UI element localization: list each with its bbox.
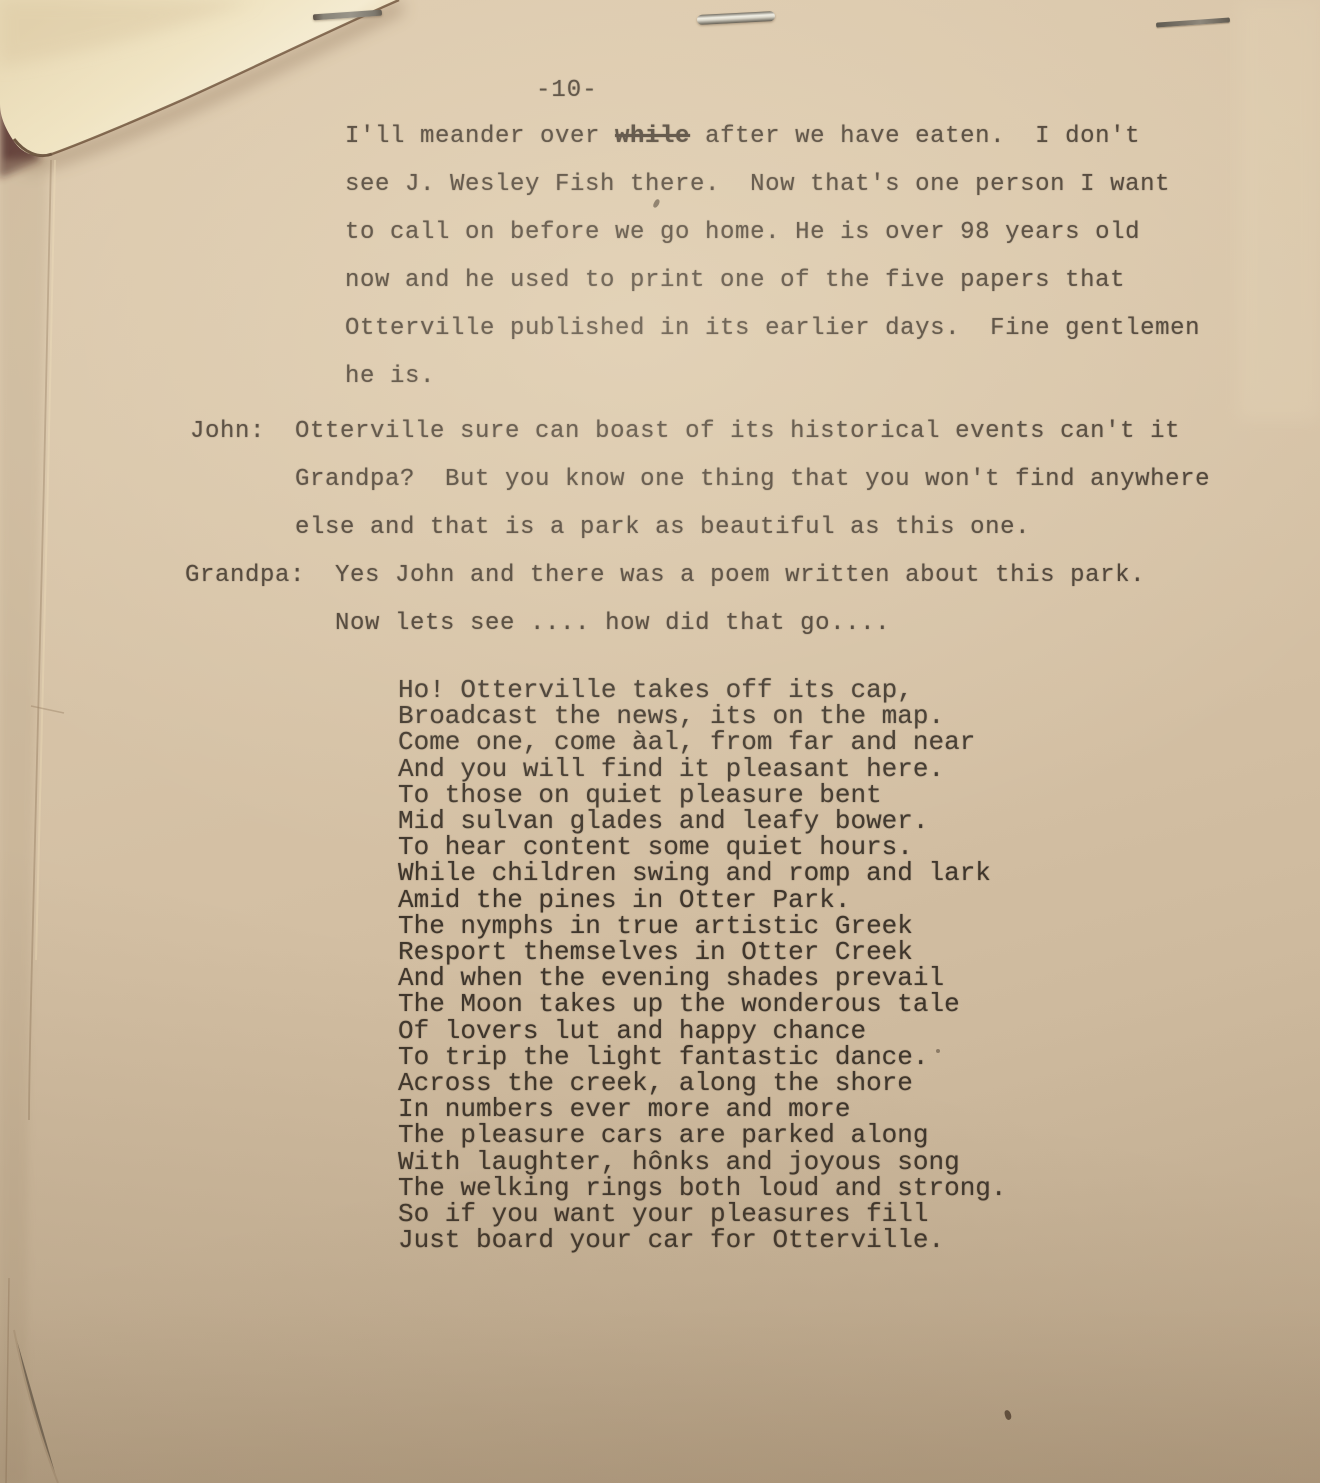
left-edge-strip	[0, 158, 48, 1483]
poem-line: With laughter, hônks and joyous song	[398, 1149, 1007, 1175]
poem-block: Ho! Otterville takes off its cap, Broadc…	[398, 677, 1007, 1253]
poem-line: Across the creek, along the shore	[398, 1070, 1007, 1096]
typed-line: now and he used to print one of the five…	[345, 257, 1200, 305]
typed-line: John: Otterville sure can boast of its h…	[190, 408, 1210, 456]
typed-line: he is.	[345, 353, 1200, 401]
typed-line: to call on before we go home. He is over…	[345, 209, 1200, 257]
typed-line: see J. Wesley Fish there. Now that's one…	[345, 161, 1200, 209]
dialogue-john-block: John: Otterville sure can boast of its h…	[190, 408, 1210, 552]
poem-line: To trip the light fantastic dance.	[398, 1044, 1007, 1070]
poem-line: The Moon takes up the wonderous tale	[398, 991, 1007, 1017]
poem-line: While children swing and romp and lark	[398, 860, 1007, 886]
page-number: -10-	[536, 77, 598, 104]
typed-line: Grandpa: Yes John and there was a poem w…	[185, 552, 1145, 600]
typed-text: I'll meander over	[345, 123, 615, 150]
typed-text: after we have eaten. I don't	[690, 123, 1140, 150]
poem-line: So if you want your pleasures fill	[398, 1201, 1007, 1227]
paper-sheen	[1238, 0, 1320, 420]
poem-line: Just board your car for Otterville.	[398, 1227, 1007, 1253]
poem-line: Ho! Otterville takes off its cap,	[398, 677, 1007, 703]
poem-line: The nymphs in true artistic Greek	[398, 913, 1007, 939]
poem-line: Mid sulvan glades and leafy bower.	[398, 808, 1007, 834]
speech-continuation-block: I'll meander over while after we have ea…	[345, 113, 1200, 401]
poem-line: Of lovers lut and happy chance	[398, 1018, 1007, 1044]
poem-line: Amid the pines in Otter Park.	[398, 887, 1007, 913]
typed-line: Otterville published in its earlier days…	[345, 305, 1200, 353]
crease-jog	[31, 706, 64, 713]
struck-out-word: while	[615, 123, 690, 150]
typed-line: else and that is a park as beautiful as …	[190, 504, 1210, 552]
typed-line: Grandpa? But you know one thing that you…	[190, 456, 1210, 504]
poem-line: The pleasure cars are parked along	[398, 1122, 1007, 1148]
poem-line: To hear content some quiet hours.	[398, 834, 1007, 860]
poem-line: The welking rings both loud and strong.	[398, 1175, 1007, 1201]
poem-line: To those on quiet pleasure bent	[398, 782, 1007, 808]
dialogue-grandpa-block: Grandpa: Yes John and there was a poem w…	[185, 552, 1145, 648]
typescript-page-photo: -10- I'll meander over while after we ha…	[0, 0, 1320, 1483]
ink-speck	[936, 1049, 940, 1053]
poem-line: Broadcast the news, its on the map.	[398, 703, 1007, 729]
poem-line: And you will find it pleasant here.	[398, 756, 1007, 782]
poem-line: In numbers ever more and more	[398, 1096, 1007, 1122]
typed-line: I'll meander over while after we have ea…	[345, 113, 1200, 161]
typed-line: Now lets see .... how did that go....	[185, 600, 1145, 648]
poem-line: Resport themselves in Otter Creek	[398, 939, 1007, 965]
poem-line: Come one, come àal, from far and near	[398, 729, 1007, 755]
poem-line: And when the evening shades prevail	[398, 965, 1007, 991]
